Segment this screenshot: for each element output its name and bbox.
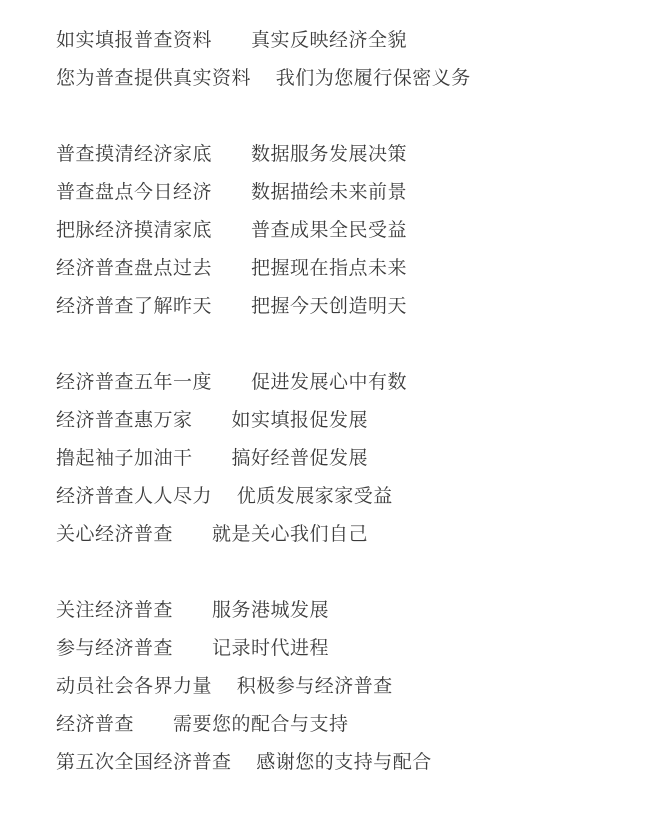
slogan-line: 经济普查了解昨天 把握今天创造明天 <box>56 288 620 326</box>
slogan-line: 把脉经济摸清家底 普查成果全民受益 <box>56 212 620 250</box>
slogan-line: 普查盘点今日经济 数据描绘未来前景 <box>56 174 620 212</box>
slogan-line: 经济普查惠万家 如实填报促发展 <box>56 402 620 440</box>
slogan-line: 撸起袖子加油干 搞好经普促发展 <box>56 440 620 478</box>
slogan-group-4: 关注经济普查 服务港城发展 参与经济普查 记录时代进程 动员社会各界力量 积极参… <box>56 592 620 782</box>
slogan-line: 普查摸清经济家底 数据服务发展决策 <box>56 136 620 174</box>
slogan-line: 经济普查 需要您的配合与支持 <box>56 706 620 744</box>
slogan-line: 如实填报普查资料 真实反映经济全貌 <box>56 22 620 60</box>
slogan-line: 关心经济普查 就是关心我们自己 <box>56 516 620 554</box>
slogan-line: 经济普查五年一度 促进发展心中有数 <box>56 364 620 402</box>
slogan-line: 关注经济普查 服务港城发展 <box>56 592 620 630</box>
slogan-line: 第五次全国经济普查 感谢您的支持与配合 <box>56 744 620 782</box>
slogan-line: 您为普查提供真实资料 我们为您履行保密义务 <box>56 60 620 98</box>
slogan-group-3: 经济普查五年一度 促进发展心中有数 经济普查惠万家 如实填报促发展 撸起袖子加油… <box>56 364 620 554</box>
slogan-line: 经济普查人人尽力 优质发展家家受益 <box>56 478 620 516</box>
slogan-line: 动员社会各界力量 积极参与经济普查 <box>56 668 620 706</box>
slogan-group-1: 如实填报普查资料 真实反映经济全貌 您为普查提供真实资料 我们为您履行保密义务 <box>56 22 620 98</box>
document-page: 如实填报普查资料 真实反映经济全貌 您为普查提供真实资料 我们为您履行保密义务 … <box>0 0 650 822</box>
slogan-group-2: 普查摸清经济家底 数据服务发展决策 普查盘点今日经济 数据描绘未来前景 把脉经济… <box>56 136 620 326</box>
slogan-line: 参与经济普查 记录时代进程 <box>56 630 620 668</box>
slogan-line: 经济普查盘点过去 把握现在指点未来 <box>56 250 620 288</box>
